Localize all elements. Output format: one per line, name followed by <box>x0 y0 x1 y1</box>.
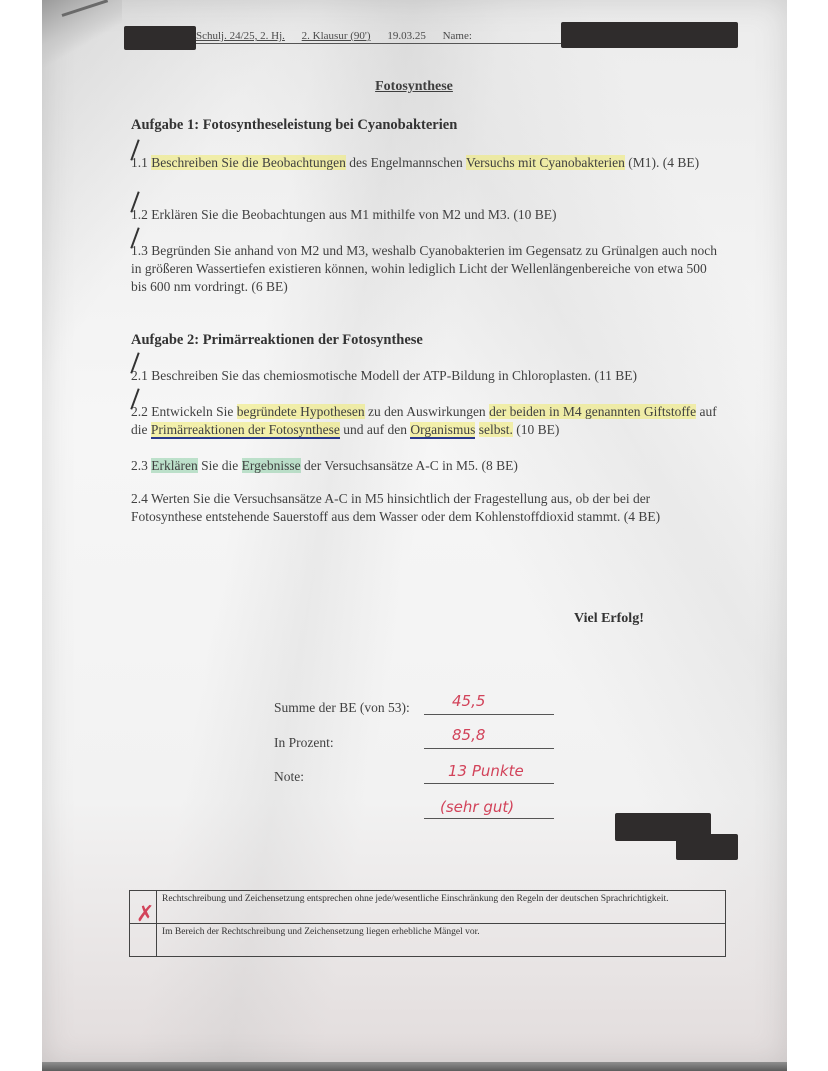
name-label: Name: <box>443 30 472 42</box>
task-number: 2.2 <box>131 404 148 419</box>
highlighted-text: Versuchs mit Cyanobakterien <box>466 155 625 170</box>
task-1-3: 1.3 Begründen Sie anhand von M2 und M3, … <box>131 242 721 296</box>
checkbox-cell <box>130 924 157 957</box>
table-row: Im Bereich der Rechtschreibung und Zeich… <box>130 924 726 957</box>
exam-header: Schulj. 24/25, 2. Hj. 2. Klausur (90') 1… <box>196 30 561 44</box>
highlighted-text: Ergebnisse <box>242 458 301 473</box>
highlighted-text: begründete Hypothesen <box>237 404 365 419</box>
task-2-3: 2.3 Erklären Sie die Ergebnisse der Vers… <box>131 457 721 475</box>
sum-line <box>424 696 554 715</box>
highlighted-text: selbst. <box>479 422 513 437</box>
highlighted-text: Beschreiben Sie die Beobachtungen <box>151 155 346 170</box>
task-2-4: 2.4 Werten Sie die Versuchsansätze A-C i… <box>131 490 721 526</box>
spelling-assessment-table: ✗ Rechtschreibung und Zeichensetzung ent… <box>129 890 726 957</box>
highlighted-text: Erklären <box>151 458 197 473</box>
section-heading-2: Aufgabe 2: Primärreaktionen der Fotosynt… <box>131 332 423 349</box>
task-2-1: 2.1 Beschreiben Sie das chemiosmotische … <box>131 367 721 385</box>
percent-value: 85,8 <box>452 726 485 744</box>
redaction-name <box>561 22 738 48</box>
sum-value: 45,5 <box>452 692 485 710</box>
highlighted-text: der beiden in M4 genannten Giftstoffe <box>489 404 696 419</box>
sum-label: Summe der BE (von 53): <box>274 700 410 716</box>
table-row: ✗ Rechtschreibung und Zeichensetzung ent… <box>130 891 726 924</box>
section-heading-1: Aufgabe 1: Fotosyntheseleistung bei Cyan… <box>131 117 457 134</box>
table-cell: Rechtschreibung und Zeichensetzung entsp… <box>157 891 726 924</box>
highlighted-underlined-text: Organismus <box>410 422 475 439</box>
paper-bottom-edge <box>42 1062 787 1071</box>
exam-date: 19.03.25 <box>387 30 426 42</box>
task-number: 1.2 <box>131 207 148 222</box>
redaction-left <box>124 26 196 50</box>
task-1-2: 1.2 Erklären Sie die Beobachtungen aus M… <box>131 206 721 224</box>
red-x-mark-icon: ✗ <box>136 909 154 920</box>
grade-remark: (sehr gut) <box>440 798 514 816</box>
task-1-1: 1.1 Beschreiben Sie die Beobachtungen de… <box>131 154 721 172</box>
task-2-2: 2.2 Entwickeln Sie begründete Hypothesen… <box>131 403 721 439</box>
page-title: Fotosynthese <box>0 79 828 95</box>
task-number: 2.3 <box>131 458 148 473</box>
task-number: 1.3 <box>131 243 148 258</box>
table-cell: Im Bereich der Rechtschreibung und Zeich… <box>157 924 726 957</box>
task-number: 1.1 <box>131 155 148 170</box>
exam-label: 2. Klausur (90') <box>302 30 371 42</box>
highlighted-underlined-text: Primärreaktionen der Fotosynthese <box>151 422 340 439</box>
task-number: 2.1 <box>131 368 148 383</box>
grade-value: 13 Punkte <box>448 762 524 780</box>
grade-label: Note: <box>274 769 304 785</box>
redaction-signature-bottom <box>676 834 738 860</box>
percent-label: In Prozent: <box>274 735 334 751</box>
checkbox-cell: ✗ <box>130 891 157 924</box>
task-number: 2.4 <box>131 491 148 506</box>
closing-text: Viel Erfolg! <box>574 611 644 627</box>
percent-line <box>424 730 554 749</box>
school-year: Schulj. 24/25, 2. Hj. <box>196 30 285 42</box>
